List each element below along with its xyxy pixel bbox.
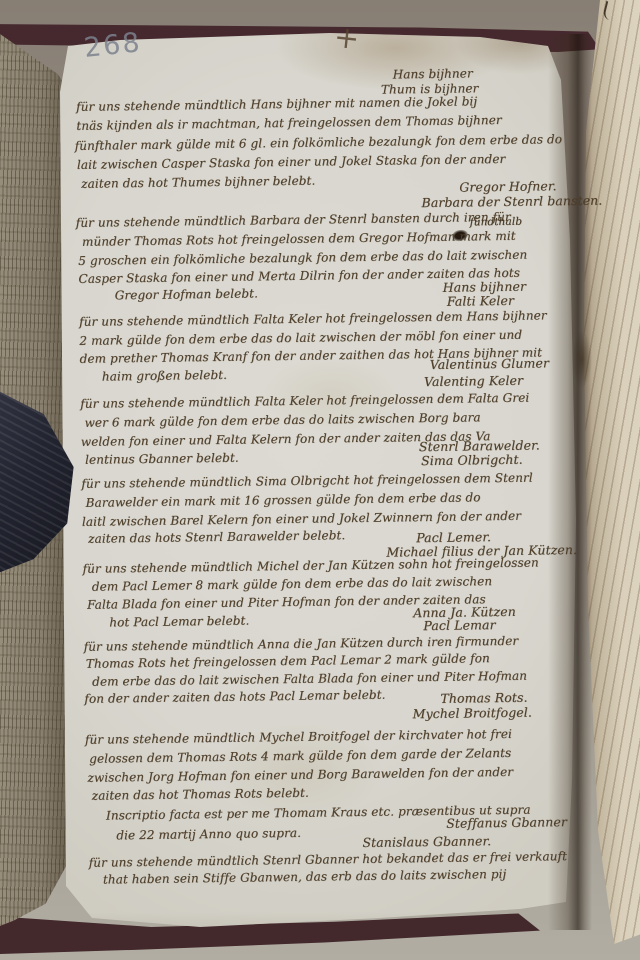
entry-5-line-1: für uns stehende mündtlich Sima Olbrigch… (81, 471, 533, 491)
entry-7-line-3: dem erbe das do lait zwischen Falta Blad… (92, 669, 527, 689)
entry-1-line-3: fünfthaler mark gülde mit 6 gl. ein folk… (75, 132, 563, 153)
entry-2-insertion: fündthalb (470, 215, 523, 230)
entry-8-line-1: für uns stehende mündtlich Mychel Broitf… (85, 727, 512, 747)
witness-signature: Thomas Rots. (440, 691, 527, 706)
manuscript-photo: 268 + Hans bijhner Thum is bijhner für u… (0, 0, 640, 960)
entry-4-line-4: lentinus Gbanner belebt. (85, 451, 239, 467)
witness-signature: Valentinus Glumer (430, 356, 549, 372)
entry-3-line-4: haim großen belebt. (102, 368, 227, 384)
witness-signature: Barbara der Stenrl bansten. (421, 194, 602, 211)
entry-7-line-2: Thomas Rots het freingelossen dem Pacl L… (86, 651, 490, 671)
entry-1-line-2: tnäs kijnden als ir machtman, hat freing… (76, 113, 502, 133)
entry-3-line-2: 2 mark gülde fon dem erbe das do lait zw… (79, 328, 522, 348)
entry-6-line-2: dem Pacl Lemer 8 mark gülde fon dem erbe… (92, 574, 493, 594)
entry-2-line-2: münder Thomas Rots hot freingelossen dem… (82, 229, 516, 249)
header-name-1: Hans bijhner (393, 66, 473, 81)
entry-6-line-1: für uns stehende mündtlich Michel der Ja… (82, 556, 538, 576)
witness-signature: Falti Keler (447, 294, 514, 309)
entry-2-line-3: 5 groschen ein folkömliche bezalungk fon… (78, 248, 527, 268)
witness-signature: Steffanus Gbanner (446, 815, 567, 831)
entry-4-line-1: für uns stehende mündtlich Falta Keler h… (80, 391, 529, 411)
entry-5-line-4: zaiten das hots Stenrl Barawelder belebt… (88, 528, 345, 546)
entry-4-line-2: wer 6 mark gülde fon dem erbe das do lai… (84, 410, 480, 430)
entry-7-line-4: fon der ander zaiten das hots Pacl Lemar… (84, 688, 385, 706)
witness-signature: Sima Olbrigcht. (421, 453, 523, 468)
entry-6-line-4: hot Pacl Lemar belebt. (109, 614, 249, 630)
entry-1-line-1: für uns stehende mündtlich Hans bijhner … (76, 94, 477, 114)
entry-8-line-3: zwischen Jorg Hofman fon einer und Borg … (87, 765, 513, 785)
witness-signature: Mychel Broitfogel. (413, 706, 532, 722)
entry-2-line-1: für uns stehende mündtlich Barbara der S… (76, 210, 511, 230)
witness-signature: Pacl Lemar (423, 618, 495, 633)
colophon-line-2: die 22 martij Anno quo supra. (116, 826, 301, 843)
witness-signature: Valenting Keler (424, 374, 523, 389)
entry-1-line-5: zaiten das hot Thumes bijhner belebt. (81, 174, 315, 191)
entry-8-line-2: gelossen dem Thomas Rots 4 mark gülde fo… (89, 746, 511, 766)
witness-signature: Stanislaus Gbanner. (362, 834, 491, 850)
entry-8-line-4: zaiten das hot Thomas Rots belebt. (92, 786, 309, 803)
entry-3-line-1: für uns stehende mündtlich Falta Keler h… (79, 308, 547, 329)
entry-1-line-4: lait zwischen Casper Staska fon einer un… (77, 152, 506, 172)
entry-2-line-5: Gregor Hofman belebt. (115, 286, 258, 302)
entry-5-line-3: laitl zwischen Barel Kelern fon einer un… (82, 509, 521, 529)
witness-signature: Gregor Hofner. (459, 179, 556, 194)
handwriting-layer: Hans bijhner Thum is bijhner für uns ste… (0, 0, 640, 960)
entry-5-line-2: Barawelder ein mark mit 16 grossen gülde… (86, 490, 481, 510)
entry-9-line-2: that haben sein Stiffe Gbanwen, das erb … (103, 867, 507, 887)
